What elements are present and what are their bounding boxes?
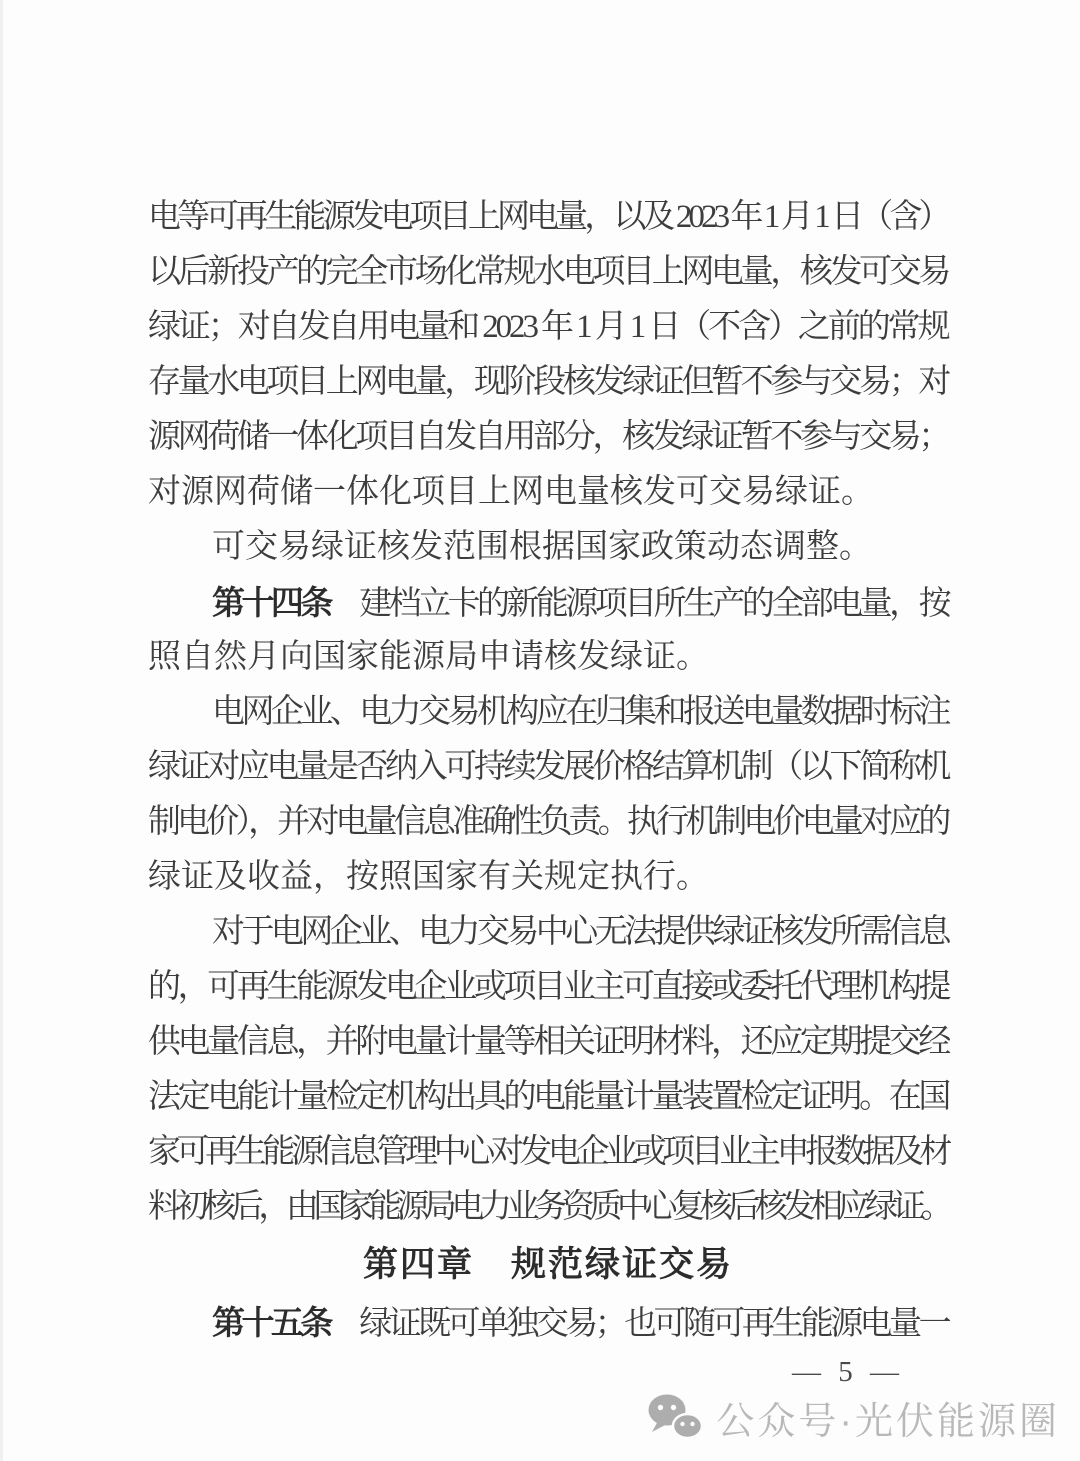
scan-page-edge [0, 0, 3, 1461]
text-segment: 以后新投产的完全市场化常规水电项目上网电量，核发可交易 [148, 254, 948, 290]
text-segment: 家可再生能源信息管理中心对发电企业或项目业主申报数据及材 [148, 1134, 948, 1170]
text-line: 电等可再生能源发电项目上网电量，以及 2023 年 1 月 1 日（含） [148, 190, 948, 245]
text-line: 供电量信息，并附电量计量等相关证明材料，还应定期提交经 [148, 1015, 948, 1070]
text-line: 照自然月向国家能源局申请核发绿证。 [148, 630, 948, 685]
text-segment: 电等可再生能源发电项目上网电量，以及 2023 年 1 月 1 日（含） [148, 199, 948, 235]
page-number: — 5 — [792, 1356, 904, 1389]
article-number: 第四章 规范绿证交易 [363, 1245, 733, 1284]
text-segment: 可交易绿证核发范围根据国家政策动态调整。 [212, 529, 872, 565]
text-segment: 绿证既可单独交易；也可随可再生能源电量一 [330, 1306, 948, 1342]
chapter-heading: 第四章 规范绿证交易 [148, 1237, 948, 1292]
text-line: 绿证对应电量是否纳入可持续发展价格结算机制（以下简称机 [148, 740, 948, 795]
document-lines: 电等可再生能源发电项目上网电量，以及 2023 年 1 月 1 日（含）以后新投… [148, 190, 948, 1350]
wechat-icon [648, 1394, 704, 1442]
text-line: 家可再生能源信息管理中心对发电企业或项目业主申报数据及材 [148, 1125, 948, 1180]
text-line: 电网企业、电力交易机构应在归集和报送电量数据时标注 [148, 685, 948, 740]
text-segment: 料初核后，由国家能源局电力业务资质中心复核后核发相应绿证。 [148, 1189, 948, 1225]
text-segment: 供电量信息，并附电量计量等相关证明材料，还应定期提交经 [148, 1024, 948, 1060]
article-number: 第十四条 [212, 584, 330, 621]
watermark: 公众号·光伏能源圈 [648, 1390, 1060, 1445]
text-segment: 建档立卡的新能源项目所生产的全部电量，按 [330, 586, 948, 622]
text-line: 以后新投产的完全市场化常规水电项目上网电量，核发可交易 [148, 245, 948, 300]
document-page: 电等可再生能源发电项目上网电量，以及 2023 年 1 月 1 日（含）以后新投… [148, 190, 948, 1350]
text-segment: 制电价），并对电量信息准确性负责。执行机制电价电量对应的 [148, 804, 948, 840]
text-line: 第十五条 绿证既可单独交易；也可随可再生能源电量一 [148, 1295, 948, 1350]
text-line: 绿证及收益，按照国家有关规定执行。 [148, 850, 948, 905]
text-line: 绿证；对自发自用电量和 2023 年 1 月 1 日（不含）之前的常规 [148, 300, 948, 355]
text-segment: 法定电能计量检定机构出具的电能量计量装置检定证明。在国 [148, 1079, 948, 1115]
text-line: 制电价），并对电量信息准确性负责。执行机制电价电量对应的 [148, 795, 948, 850]
text-line: 对源网荷储一体化项目上网电量核发可交易绿证。 [148, 465, 948, 520]
text-line: 的，可再生能源发电企业或项目业主可直接或委托代理机构提 [148, 960, 948, 1015]
text-segment: 源网荷储一体化项目自发自用部分，核发绿证暂不参与交易； [148, 419, 948, 455]
text-segment: 绿证对应电量是否纳入可持续发展价格结算机制（以下简称机 [148, 749, 948, 785]
article-number: 第十五条 [212, 1304, 330, 1341]
text-segment: 绿证；对自发自用电量和 2023 年 1 月 1 日（不含）之前的常规 [148, 309, 948, 345]
text-segment: 存量水电项目上网电量，现阶段核发绿证但暂不参与交易；对 [148, 364, 948, 400]
text-segment: 对于电网企业、电力交易中心无法提供绿证核发所需信息 [212, 914, 948, 950]
text-line: 可交易绿证核发范围根据国家政策动态调整。 [148, 520, 948, 575]
text-segment: 绿证及收益，按照国家有关规定执行。 [148, 859, 709, 895]
text-segment: 电网企业、电力交易机构应在归集和报送电量数据时标注 [212, 694, 948, 730]
text-line: 存量水电项目上网电量，现阶段核发绿证但暂不参与交易；对 [148, 355, 948, 410]
text-segment: 照自然月向国家能源局申请核发绿证。 [148, 639, 709, 675]
text-line: 第十四条 建档立卡的新能源项目所生产的全部电量，按 [148, 575, 948, 630]
text-line: 源网荷储一体化项目自发自用部分，核发绿证暂不参与交易； [148, 410, 948, 465]
text-line: 对于电网企业、电力交易中心无法提供绿证核发所需信息 [148, 905, 948, 960]
watermark-text: 公众号·光伏能源圈 [716, 1390, 1060, 1445]
text-segment: 对源网荷储一体化项目上网电量核发可交易绿证。 [148, 474, 874, 510]
text-line: 料初核后，由国家能源局电力业务资质中心复核后核发相应绿证。 [148, 1180, 948, 1235]
text-line: 法定电能计量检定机构出具的电能量计量装置检定证明。在国 [148, 1070, 948, 1125]
text-segment: 的，可再生能源发电企业或项目业主可直接或委托代理机构提 [148, 969, 948, 1005]
